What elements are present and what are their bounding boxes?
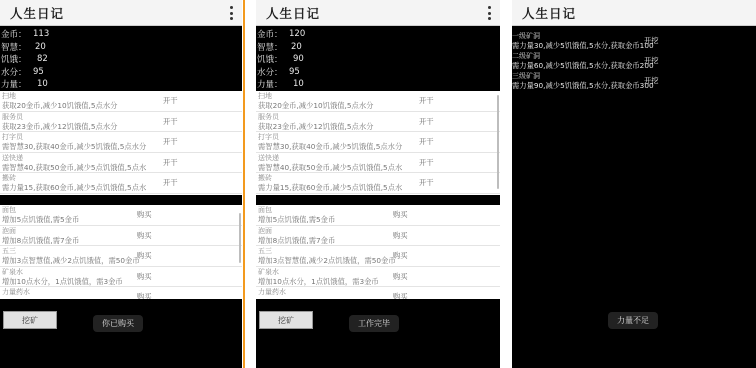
job-item: 扫地获取20金币,减少10饥饿值,5点水分开干 (0, 91, 242, 112)
shop-list[interactable]: 面包增加5点饥饿值,需5金币购买 泡面增加8点饥饿值,需7金币购买 五三增加3点… (0, 205, 242, 299)
work-button[interactable]: 开干 (419, 117, 434, 127)
buy-button[interactable]: 购买 (393, 292, 408, 299)
toast-message: 力量不足 (608, 312, 658, 329)
app-title: 人生日记 (266, 4, 320, 22)
buy-button[interactable]: 购买 (137, 292, 152, 299)
job-item: 打字员需智慧30,获取40金币,减少5饥饿值,5点水分开干 (256, 132, 500, 153)
scrollbar[interactable] (239, 213, 241, 263)
toast-message: 工作完毕 (349, 315, 399, 332)
bottom-bar: 挖矿 工作完毕 (256, 299, 500, 359)
shop-item: 泡面增加8点饥饿值,需7金币购买 (256, 226, 500, 247)
mine-button[interactable]: 挖矿 (3, 311, 57, 329)
buy-button[interactable]: 购买 (137, 251, 152, 261)
job-item: 送快递需智慧40,获取50金币,减少5点饥饿值,5点水开干 (0, 153, 242, 174)
job-item: 送快递需智慧40,获取50金币,减少5点饥饿值,5点水开干 (256, 153, 500, 174)
shop-item: 面包增加5点饥饿值,需5金币购买 (256, 205, 500, 226)
app-title: 人生日记 (10, 4, 64, 22)
stats-panel: 金币：113 智慧：20 饥饿：82 水分：95 力量：10 (0, 26, 242, 91)
shop-item: 力量药水购买 (256, 287, 500, 299)
work-button[interactable]: 开干 (163, 178, 178, 188)
work-button[interactable]: 开干 (163, 96, 178, 106)
work-button[interactable]: 开干 (163, 137, 178, 147)
screen-main-1: 人生日记 金币：113 智慧：20 饥饿：82 水分：95 力量：10 扫地获取… (0, 0, 242, 368)
shop-item: 五三增加3点智慧值,减少2点饥饿值，需50金币购买 (256, 246, 500, 267)
stat-gold: 金币：113 (1, 28, 242, 41)
bottom-bar: 挖矿 你已购买 (0, 299, 242, 359)
buy-button[interactable]: 购买 (393, 210, 408, 220)
mine-button[interactable]: 挖矿 (259, 311, 313, 329)
dig-button[interactable]: 开挖 (644, 56, 659, 66)
toast-message: 你已购买 (93, 315, 143, 332)
mine-item: 三级矿洞需力量90,减少5饥饿值,5水分,获取金币300开挖 (512, 72, 756, 92)
buy-button[interactable]: 购买 (137, 272, 152, 282)
screen-main-2: 人生日记 金币：120 智慧：20 饥饿：90 水分：95 力量：10 扫地获取… (256, 0, 500, 368)
buy-button[interactable]: 购买 (137, 210, 152, 220)
job-list[interactable]: 扫地获取20金币,减少10饥饿值,5点水分开干 服务员获取23金币,减少12饥饿… (256, 91, 500, 195)
stat-water: 水分：95 (1, 66, 242, 79)
job-item: 服务员获取23金币,减少12饥饿值,5点水分开干 (256, 112, 500, 133)
app-title: 人生日记 (522, 4, 576, 22)
stat-strength: 力量：10 (257, 78, 500, 91)
app-bar: 人生日记 (256, 0, 500, 26)
mine-item: 二级矿洞需力量60,减少5饥饿值,5水分,获取金币200开挖 (512, 52, 756, 72)
stats-panel: 金币：120 智慧：20 饥饿：90 水分：95 力量：10 (256, 26, 500, 91)
job-list[interactable]: 扫地获取20金币,减少10饥饿值,5点水分开干 服务员获取23金币,减少12饥饿… (0, 91, 242, 195)
stat-hunger: 饥饿：82 (1, 53, 242, 66)
stat-strength: 力量：10 (1, 78, 242, 91)
work-button[interactable]: 开干 (163, 117, 178, 127)
mine-list[interactable]: 一级矿洞需力量30,减少5饥饿值,5水分,获取金币100开挖 二级矿洞需力量60… (512, 26, 756, 92)
buy-button[interactable]: 购买 (393, 251, 408, 261)
shop-list[interactable]: 面包增加5点饥饿值,需5金币购买 泡面增加8点饥饿值,需7金币购买 五三增加3点… (256, 205, 500, 299)
overflow-menu-icon[interactable] (486, 6, 492, 20)
job-item: 搬砖需力量15,获取60金币,减少5点饥饿值,5点水开干 (0, 173, 242, 194)
work-button[interactable]: 开干 (163, 158, 178, 168)
divider (243, 0, 245, 368)
stat-gold: 金币：120 (257, 28, 500, 41)
job-item: 扫地获取20金币,减少10饥饿值,5点水分开干 (256, 91, 500, 112)
overflow-menu-icon[interactable] (228, 6, 234, 20)
stat-wisdom: 智慧：20 (1, 41, 242, 54)
stat-water: 水分：95 (257, 66, 500, 79)
work-button[interactable]: 开干 (419, 96, 434, 106)
shop-item: 矿泉水增加10点水分，1点饥饿值，需3金币购买 (256, 267, 500, 288)
mine-item: 一级矿洞需力量30,减少5饥饿值,5水分,获取金币100开挖 (512, 32, 756, 52)
shop-item: 矿泉水增加10点水分，1点饥饿值，需3金币购买 (0, 267, 242, 288)
stat-wisdom: 智慧：20 (257, 41, 500, 54)
shop-item: 泡面增加8点饥饿值,需7金币购买 (0, 226, 242, 247)
shop-item: 五三增加3点智慧值,减少2点饥饿值，需50金币购买 (0, 246, 242, 267)
work-button[interactable]: 开干 (419, 137, 434, 147)
buy-button[interactable]: 购买 (393, 231, 408, 241)
dig-button[interactable]: 开挖 (644, 76, 659, 86)
scrollbar[interactable] (497, 95, 499, 189)
job-item: 打字员需智慧30,获取40金币,减少5饥饿值,5点水分开干 (0, 132, 242, 153)
screen-mines: 人生日记 一级矿洞需力量30,减少5饥饿值,5水分,获取金币100开挖 二级矿洞… (512, 0, 756, 368)
work-button[interactable]: 开干 (419, 158, 434, 168)
buy-button[interactable]: 购买 (137, 231, 152, 241)
job-item: 服务员获取23金币,减少12饥饿值,5点水分开干 (0, 112, 242, 133)
job-item: 搬砖需力量15,获取60金币,减少5点饥饿值,5点水开干 (256, 173, 500, 194)
dig-button[interactable]: 开挖 (644, 36, 659, 46)
stat-hunger: 饥饿：90 (257, 53, 500, 66)
app-bar: 人生日记 (512, 0, 756, 26)
shop-item: 面包增加5点饥饿值,需5金币购买 (0, 205, 242, 226)
app-bar: 人生日记 (0, 0, 242, 26)
shop-item: 力量药水购买 (0, 287, 242, 299)
work-button[interactable]: 开干 (419, 178, 434, 188)
buy-button[interactable]: 购买 (393, 272, 408, 282)
